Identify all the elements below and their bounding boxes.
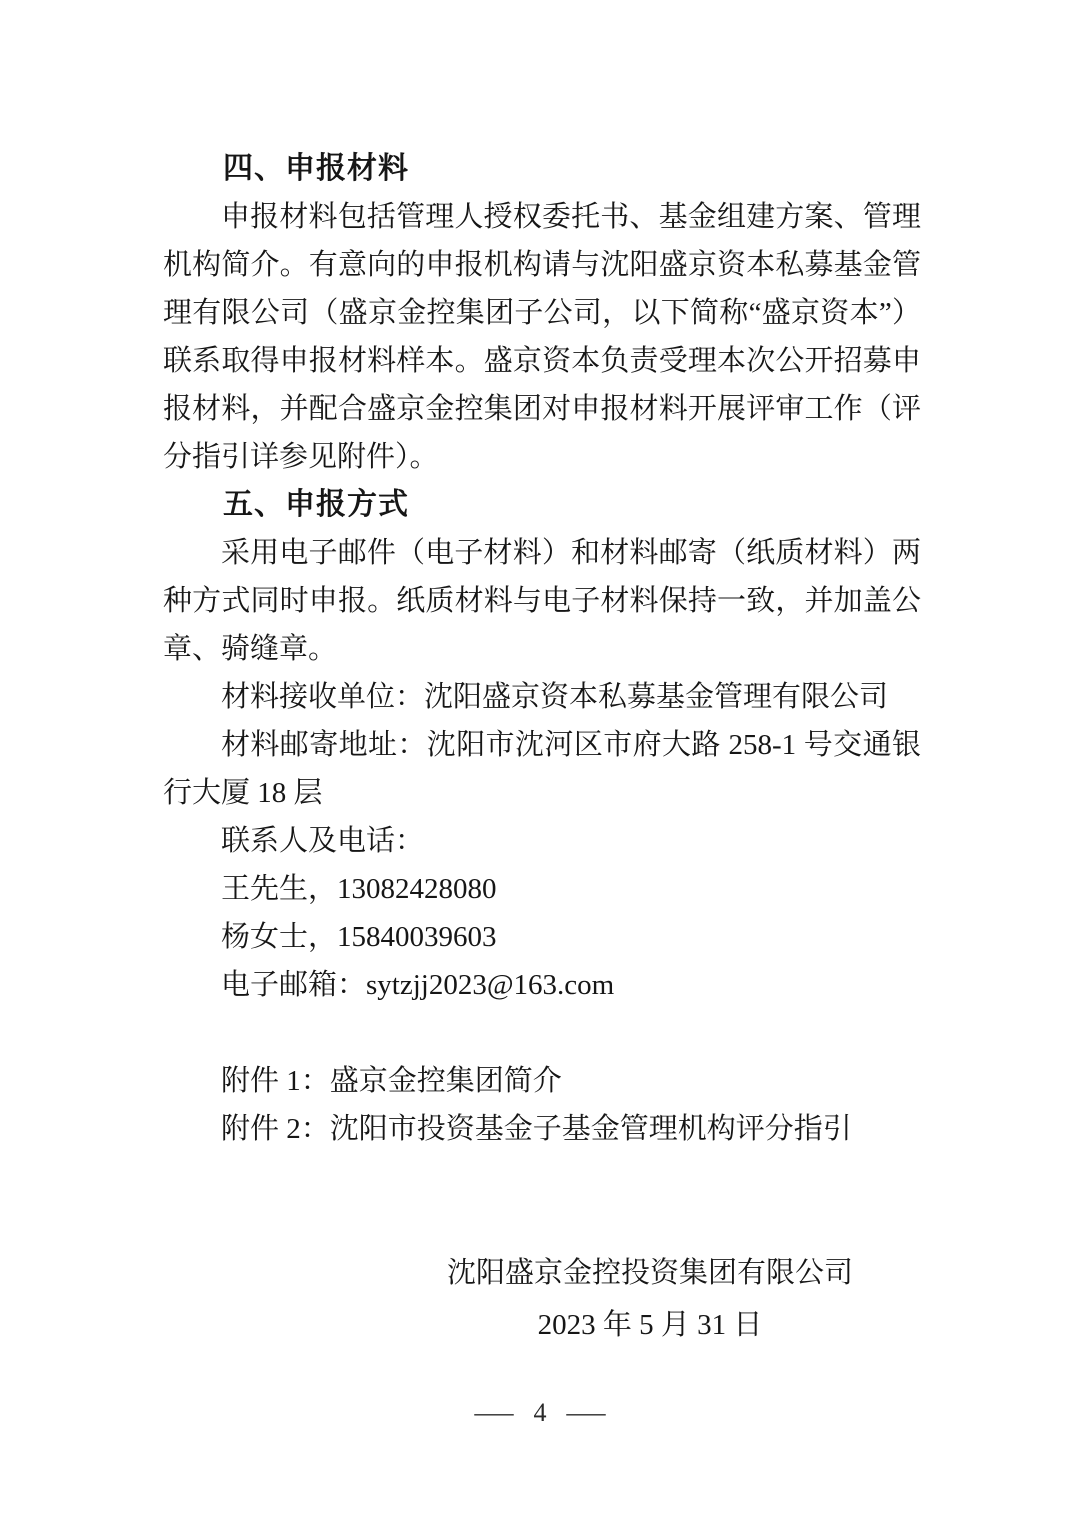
mail-address-line: 材料邮寄地址：沈阳市沈河区市府大路 258-1 号交通银行大厦 18 层 (163, 721, 921, 817)
section-4-paragraph: 申报材料包括管理人授权委托书、基金组建方案、管理机构简介。有意向的申报机构请与沈… (163, 193, 921, 481)
email-line: 电子邮箱：sytzjj2023@163.com (163, 961, 921, 1009)
signature-company: 沈阳盛京金控投资集团有限公司 (350, 1247, 950, 1299)
page-number: 4 (534, 1398, 547, 1427)
attachment-2-line: 附件 2：沈阳市投资基金子基金管理机构评分指引 (163, 1105, 921, 1153)
section-5-paragraph: 采用电子邮件（电子材料）和材料邮寄（纸质材料）两种方式同时申报。纸质材料与电子材… (163, 529, 921, 673)
contact-label-line: 联系人及电话： (163, 817, 921, 865)
section-4-heading: 四、申报材料 (163, 145, 921, 193)
contact-wang-line: 王先生，13082428080 (163, 865, 921, 913)
section-5-heading: 五、申报方式 (163, 481, 921, 529)
receiver-line: 材料接收单位：沈阳盛京资本私募基金管理有限公司 (163, 673, 921, 721)
attachment-1-line: 附件 1：盛京金控集团简介 (163, 1057, 921, 1105)
page-footer: — 4 — (0, 1398, 1080, 1428)
footer-dash-right: — (567, 1398, 606, 1428)
document-page: 四、申报材料 申报材料包括管理人授权委托书、基金组建方案、管理机构简介。有意向的… (0, 0, 1080, 1528)
document-body: 四、申报材料 申报材料包括管理人授权委托书、基金组建方案、管理机构简介。有意向的… (163, 145, 921, 1153)
signature-block: 沈阳盛京金控投资集团有限公司 2023 年 5 月 31 日 (350, 1247, 950, 1351)
signature-date: 2023 年 5 月 31 日 (350, 1299, 950, 1351)
footer-dash-left: — (475, 1398, 514, 1428)
blank-line (163, 1009, 921, 1057)
contact-yang-line: 杨女士，15840039603 (163, 913, 921, 961)
